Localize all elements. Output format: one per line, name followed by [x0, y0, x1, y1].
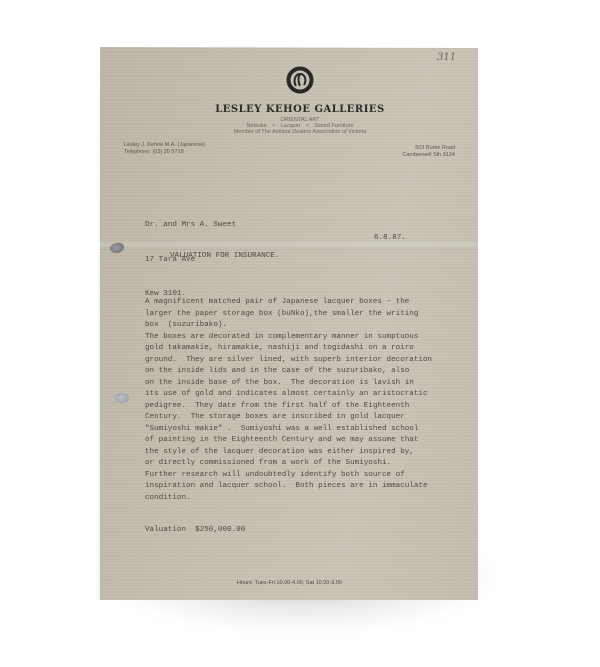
gallery-membership: Member of The Antique Dealers Associatio…: [100, 129, 500, 135]
gallery-name: LESLEY KEHOE GALLERIES: [100, 104, 500, 115]
body-line: gold takamakie, hiramakie, nashiji and t…: [145, 343, 432, 355]
address-line-1: 503 Burke Road: [380, 145, 455, 152]
body-line: ground. They are silver lined, with supe…: [145, 355, 432, 367]
recipient-name: Dr. and Mrs A. Sweet: [145, 220, 236, 232]
valuation-amount: $250,000.00: [195, 526, 245, 534]
body-line: inspiration and lacquer school. Both pie…: [145, 481, 432, 493]
footer-hours: Hours: Tues-Fri 10.00-4.00, Sat 10.00-3.…: [237, 580, 342, 586]
body-line: "Sumiyoshi makie" . Sumiyoshi was a well…: [145, 424, 432, 436]
body-line: on the inside lids and in the case of th…: [145, 366, 432, 378]
page-number-annotation: 311: [437, 52, 456, 63]
body-line: larger the paper storage box (buNko),the…: [145, 309, 432, 321]
address-line-2: Camberwell Sth 3124: [380, 152, 455, 159]
body-line: The boxes are decorated in complementary…: [145, 332, 432, 344]
valuation-label: Valuation: [145, 526, 186, 534]
letter-subject: VALUATION FOR INSURANCE.: [170, 251, 279, 263]
body-line: Further research will undoubtedly identi…: [145, 470, 432, 482]
body-line: the style of the lacquer decoration was …: [145, 447, 432, 459]
letter-body: A magnificent matched pair of Japanese l…: [145, 297, 432, 504]
body-line: pedigree. They date from the first half …: [145, 401, 432, 413]
gallery-address: 503 Burke Road Camberwell Sth 3124: [380, 145, 455, 159]
body-line: box (suzuribako).: [145, 320, 432, 332]
punch-hole-icon: [115, 393, 129, 403]
body-line: Century. The storage boxes are inscribed…: [145, 412, 432, 424]
gallery-logo-circle-icon: [286, 66, 314, 94]
body-line: of painting in the Eighteenth Century an…: [145, 435, 432, 447]
body-line: condition.: [145, 493, 432, 505]
proprietor-block: Lesley J. Kehoe M.A. (Japanese) Telephon…: [124, 142, 205, 156]
body-line: A magnificent matched pair of Japanese l…: [145, 297, 432, 309]
telephone: Telephone: (03) 20 5718: [124, 149, 205, 156]
letter-date: 6.8.87.: [374, 233, 406, 245]
body-line: on the inside base of the box. The decor…: [145, 378, 432, 390]
proprietor-name: Lesley J. Kehoe M.A. (Japanese): [124, 142, 205, 149]
body-line: its use of gold and indicates almost cer…: [145, 389, 432, 401]
valuation-line: Valuation $250,000.00: [145, 525, 245, 537]
body-line: or directly commissioned from a work of …: [145, 458, 432, 470]
